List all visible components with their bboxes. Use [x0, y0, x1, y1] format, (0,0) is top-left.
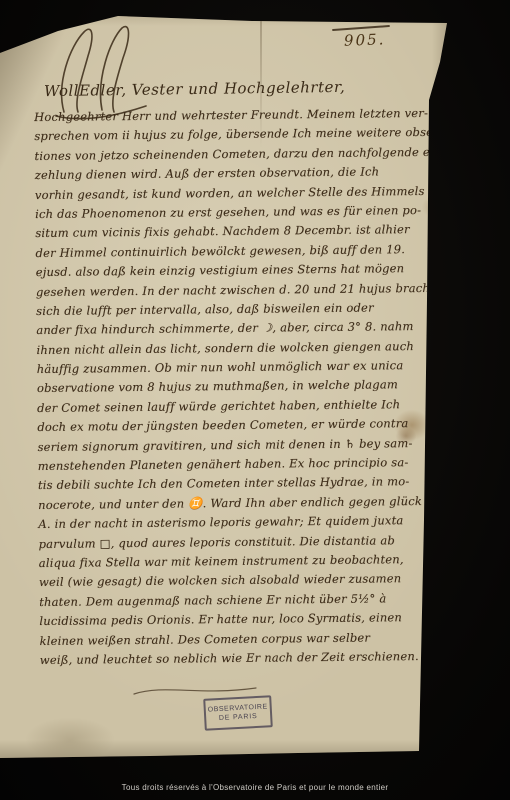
- stamp-line-2: DE PARIS: [219, 712, 258, 723]
- folio-number: 905.: [344, 30, 386, 49]
- flourish-paraph-icon: [50, 22, 154, 120]
- copyright-caption: Tous droits réservés à l'Observatoire de…: [0, 783, 510, 792]
- manuscript-page: 905. WollEdler, Vester und Hochgelehrter…: [0, 0, 452, 762]
- pen-swash-icon: [130, 682, 260, 698]
- letter-body: Hochgeehrter Herr und wehrtester Freundt…: [34, 106, 460, 673]
- letter-salutation: WollEdler, Vester und Hochgelehrter,: [44, 78, 345, 100]
- manuscript-line: weiß, und leuchtet so neblich wie Er nac…: [40, 649, 460, 673]
- observatoire-stamp: OBSERVATOIRE DE PARIS: [203, 695, 273, 731]
- archive-photo: 905. WollEdler, Vester und Hochgelehrter…: [0, 0, 510, 800]
